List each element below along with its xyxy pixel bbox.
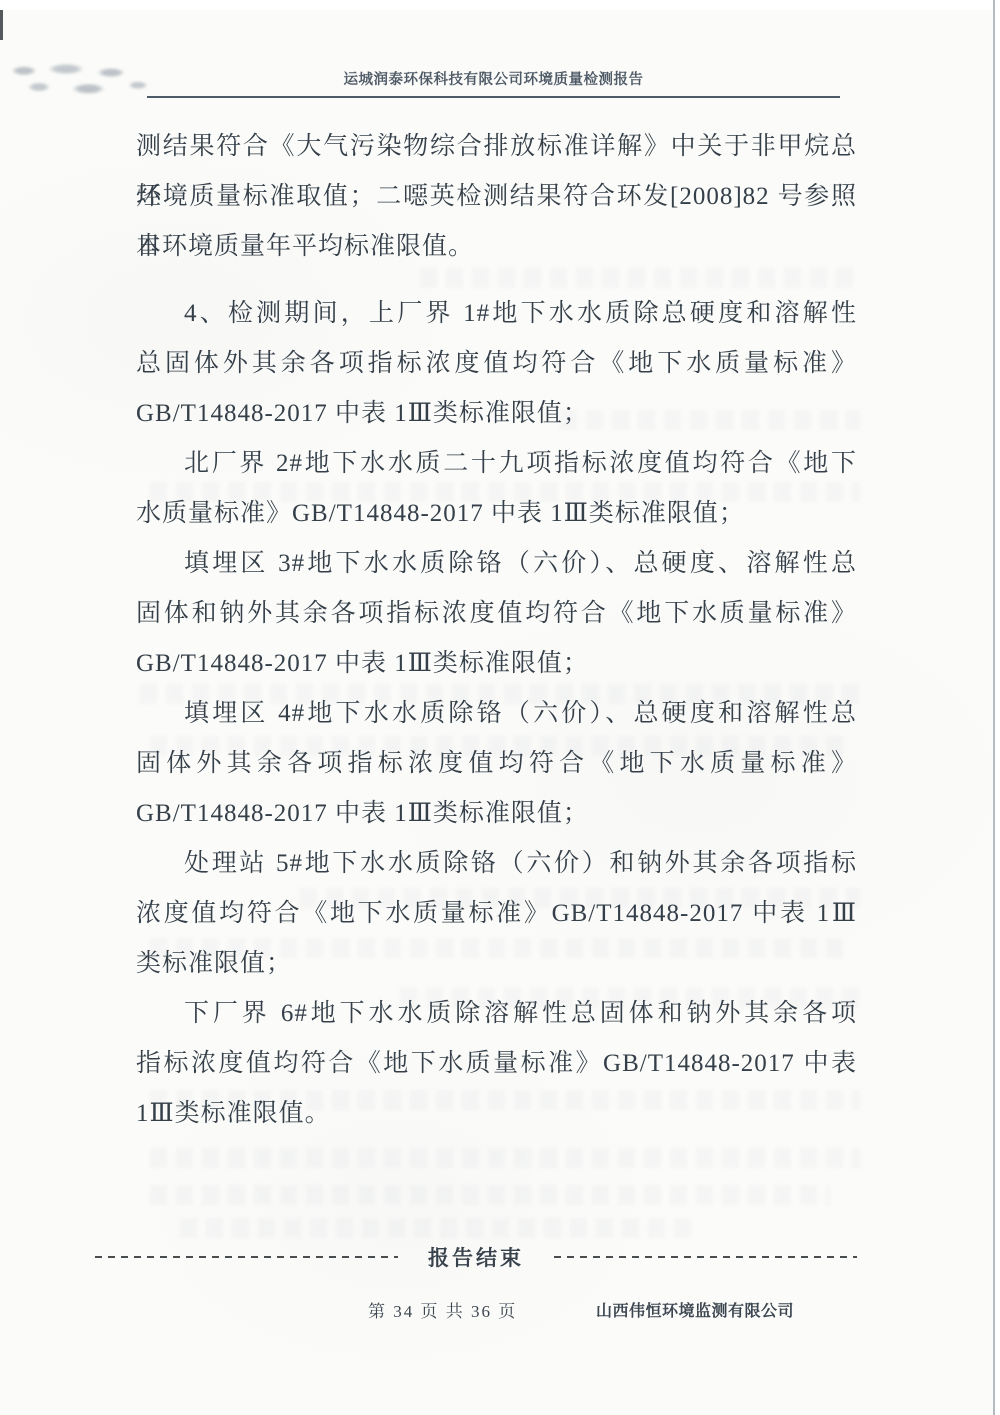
header-rule [147, 96, 840, 98]
body-line: 水质量标准》GB/T14848-2017 中表 1Ⅲ类标准限值； [136, 489, 857, 539]
bleed-through-text [150, 1148, 860, 1168]
bleed-through-smudge [6, 60, 156, 96]
body-line: 固体外其余各项指标浓度值均符合《地下水质量标准》 [136, 739, 857, 789]
body-line: 北厂界 2#地下水水质二十九项指标浓度值均符合《地下 [136, 439, 857, 489]
body-line: GB/T14848-2017 中表 1Ⅲ类标准限值； [136, 789, 857, 839]
body-line: 测结果符合《大气污染物综合排放标准详解》中关于非甲烷总烃 [136, 122, 857, 172]
dashed-rule-right [554, 1256, 857, 1258]
body-line: 下厂界 6#地下水水质除溶解性总固体和钠外其余各项 [136, 989, 857, 1039]
dashed-rule-left [95, 1256, 398, 1258]
scan-edge-artifact-left [0, 10, 3, 40]
body-line: 1Ⅲ类标准限值。 [136, 1089, 857, 1139]
body-line: 浓度值均符合《地下水质量标准》GB/T14848-2017 中表 1Ⅲ [136, 889, 857, 939]
body-line: 固体和钠外其余各项指标浓度值均符合《地下水质量标准》 [136, 589, 857, 639]
body-line: 4、检测期间，上厂界 1#地下水水质除总硬度和溶解性 [136, 289, 857, 339]
scan-edge-artifact-right [993, 0, 995, 1415]
body-line: 处理站 5#地下水水质除铬（六价）和钠外其余各项指标 [136, 839, 857, 889]
bleed-through-text [150, 1185, 830, 1205]
body-line: GB/T14848-2017 中表 1Ⅲ类标准限值； [136, 639, 857, 689]
report-header-title: 运城润泰环保科技有限公司环境质量检测报告 [147, 68, 840, 89]
body-line: 指标浓度值均符合《地下水质量标准》GB/T14848-2017 中表 [136, 1039, 857, 1089]
bleed-through-text [180, 1218, 700, 1238]
body-line: 填埋区 4#地下水水质除铬（六价）、总硬度和溶解性总 [136, 689, 857, 739]
report-end-label: 报告结束 [428, 1242, 524, 1272]
footer-company-name: 山西伟恒环境监测有限公司 [596, 1298, 794, 1321]
body-line: 环境质量标准取值；二噁英检测结果符合环发[2008]82 号参照日 [136, 172, 857, 222]
body-line: 填埋区 3#地下水水质除铬（六价）、总硬度、溶解性总 [136, 539, 857, 589]
body-line: 总固体外其余各项指标浓度值均符合《地下水质量标准》 [136, 339, 857, 389]
body-line: 本环境质量年平均标准限值。 [136, 222, 857, 272]
scanned-report-page: { "header": { "title": "运城润泰环保科技有限公司环境质量… [0, 0, 1000, 1415]
page-number: 第 34 页 共 36 页 [368, 1297, 517, 1322]
body-line: GB/T14848-2017 中表 1Ⅲ类标准限值； [136, 389, 857, 439]
report-body-text: 测结果符合《大气污染物综合排放标准详解》中关于非甲烷总烃 环境质量标准取值；二噁… [136, 122, 857, 1139]
body-line: 类标准限值； [136, 939, 857, 989]
page-header: 运城润泰环保科技有限公司环境质量检测报告 [147, 68, 840, 89]
report-end-marker: 报告结束 [95, 1244, 857, 1270]
